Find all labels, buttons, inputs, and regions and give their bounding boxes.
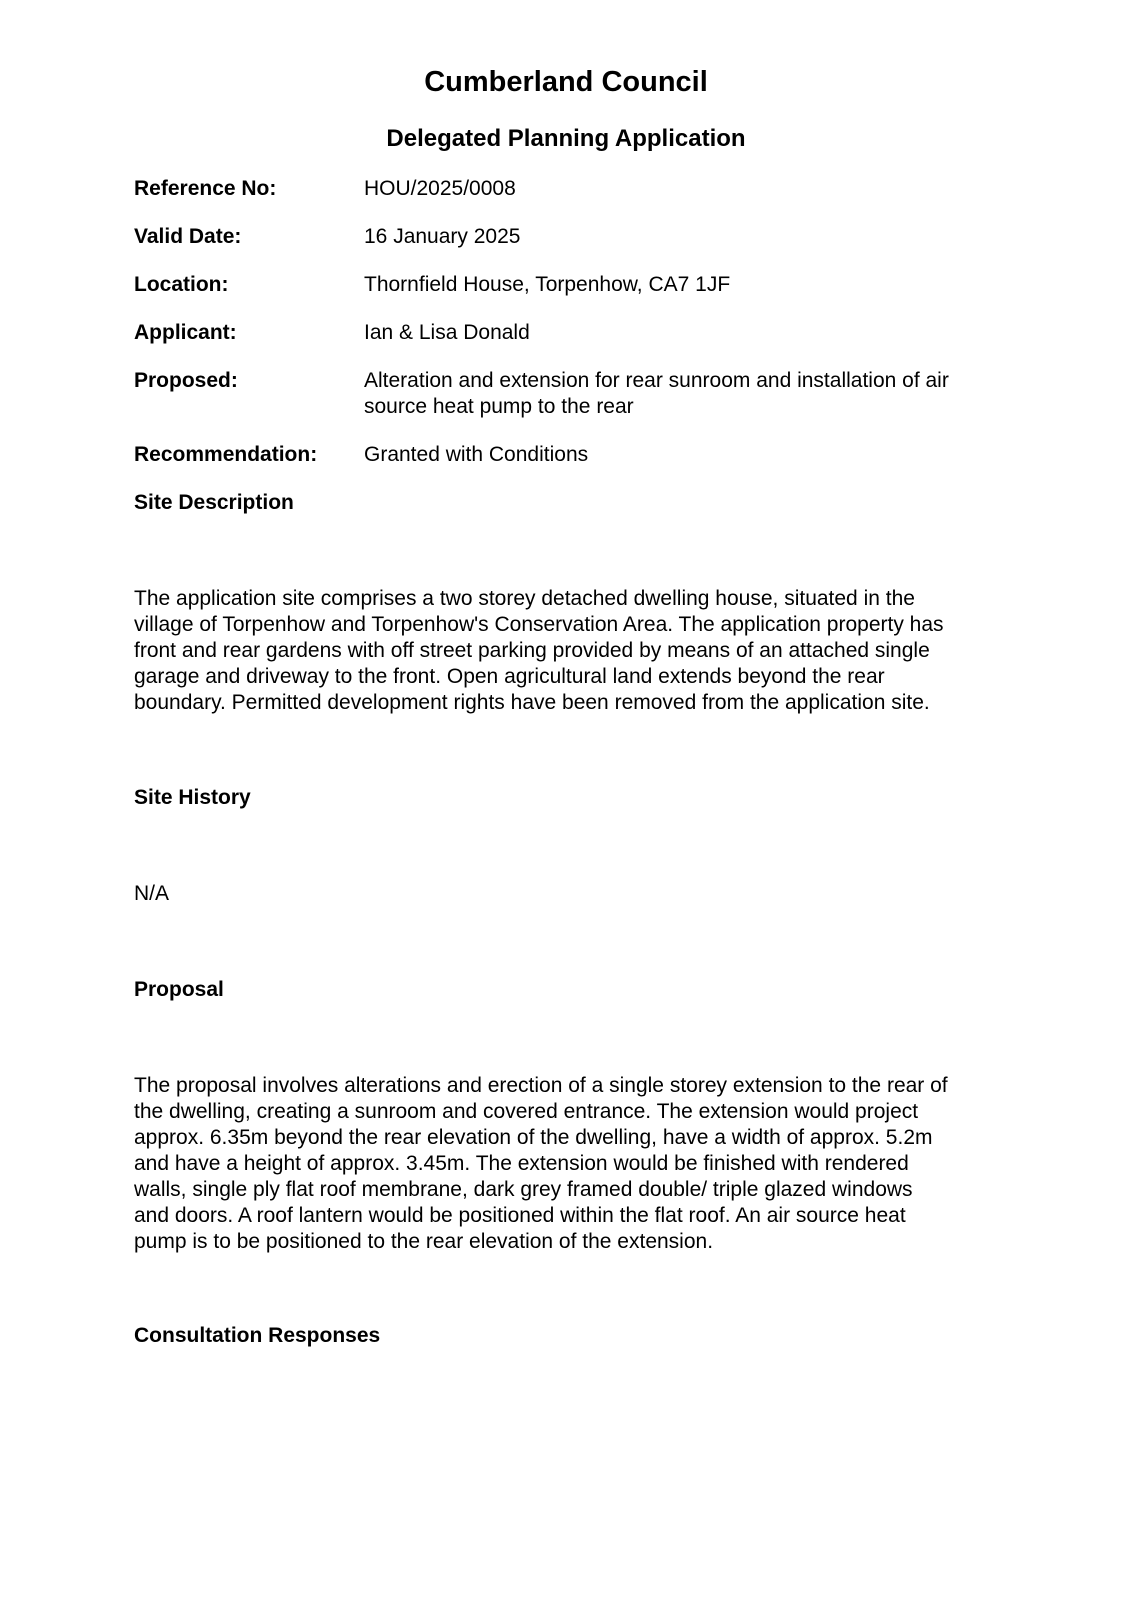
site-description-heading: Site Description	[134, 490, 294, 516]
reference-number: HOU/2025/0008	[364, 176, 1024, 202]
detail-label: Reference No:	[134, 176, 276, 202]
text-line: boundary. Permitted development rights h…	[134, 690, 1034, 716]
text-line: village of Torpenhow and Torpenhow's Con…	[134, 612, 1034, 638]
text-line: N/A	[134, 881, 1034, 907]
site-history-text: N/A	[134, 881, 1034, 907]
detail-label: Proposed:	[134, 368, 238, 394]
valid-date: 16 January 2025	[364, 224, 1024, 250]
text-line: and have a height of approx. 3.45m. The …	[134, 1151, 1034, 1177]
proposal-text: The proposal involves alterations and er…	[134, 1073, 1034, 1255]
text-line: front and rear gardens with off street p…	[134, 638, 1034, 664]
text-line: pump is to be positioned to the rear ele…	[134, 1229, 1034, 1255]
site-description-text: The application site comprises a two sto…	[134, 586, 1034, 716]
detail-label: Location:	[134, 272, 229, 298]
applicant: Ian & Lisa Donald	[364, 320, 1024, 346]
text-line: the dwelling, creating a sunroom and cov…	[134, 1099, 1034, 1125]
text-line: and doors. A roof lantern would be posit…	[134, 1203, 1034, 1229]
document-title: Delegated Planning Application	[0, 125, 1132, 153]
recommendation: Granted with Conditions	[364, 442, 1024, 468]
proposed-line: Alteration and extension for rear sunroo…	[364, 368, 1024, 394]
proposed-line: source heat pump to the rear	[364, 394, 1024, 420]
text-line: garage and driveway to the front. Open a…	[134, 664, 1034, 690]
detail-label: Recommendation:	[134, 442, 317, 468]
council-name: Cumberland Council	[0, 66, 1132, 99]
consultation-responses-heading: Consultation Responses	[134, 1323, 380, 1349]
text-line: The proposal involves alterations and er…	[134, 1073, 1034, 1099]
text-line: walls, single ply flat roof membrane, da…	[134, 1177, 1034, 1203]
text-line: The application site comprises a two sto…	[134, 586, 1034, 612]
proposal-heading: Proposal	[134, 977, 224, 1003]
site-history-heading: Site History	[134, 785, 251, 811]
detail-label: Valid Date:	[134, 224, 241, 250]
text-line: approx. 6.35m beyond the rear elevation …	[134, 1125, 1034, 1151]
detail-label: Applicant:	[134, 320, 237, 346]
location: Thornfield House, Torpenhow, CA7 1JF	[364, 272, 1024, 298]
proposed-description: Alteration and extension for rear sunroo…	[364, 368, 1024, 420]
